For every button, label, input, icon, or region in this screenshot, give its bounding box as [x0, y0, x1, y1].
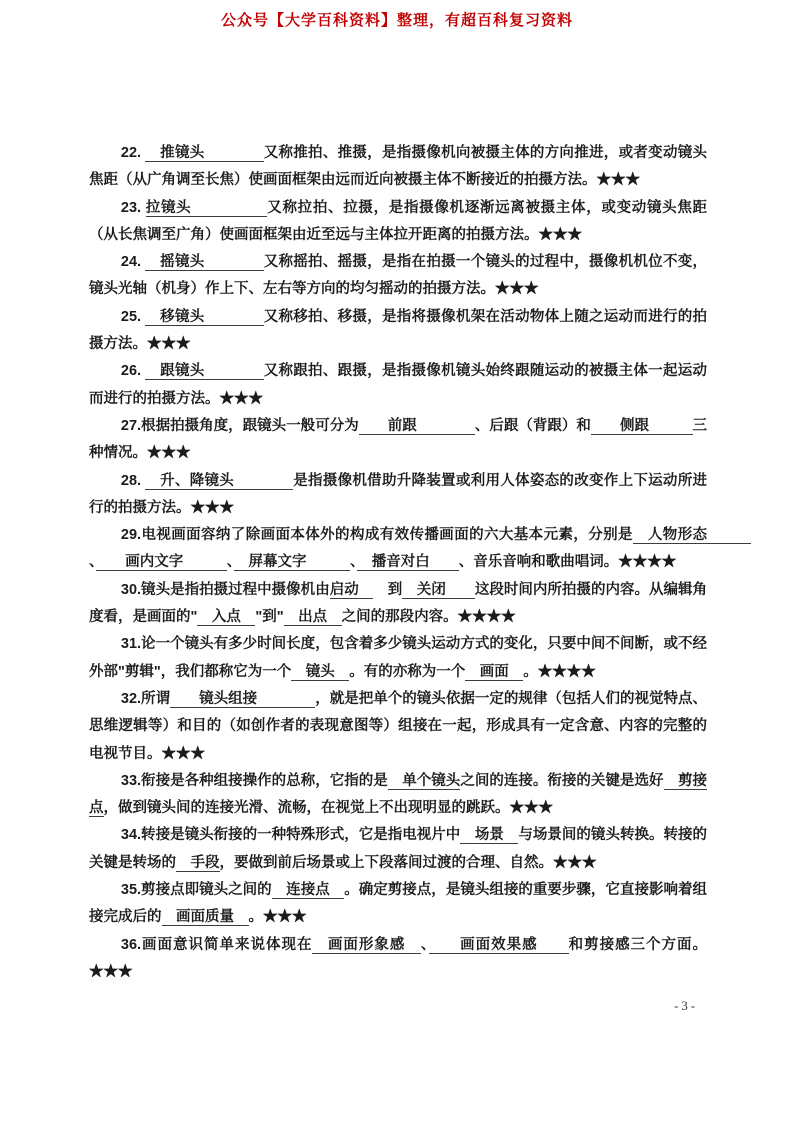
answer-blank: 升、降镜头 [145, 473, 293, 490]
answer-blank: 人物形态 [633, 527, 751, 544]
question-text: "到" [255, 609, 283, 625]
answer-blank: 前跟 [359, 418, 475, 435]
question-text: 之间的那段内容。★★★★ [342, 609, 516, 625]
answer-blank: 播音对白 [357, 554, 459, 571]
question-item: 31.论一个镜头有多少时间长度，包含着多少镜头运动方式的变化，只要中间不间断，或… [89, 631, 707, 686]
question-item: 26. 跟镜头 又称跟拍、跟摄，是指摄像机镜头始终跟随运动的被摄主体一起运动而进… [89, 358, 707, 413]
question-item: 34.转接是镜头衔接的一种特殊形式，它是指电视片中 场景 与场景间的镜头转换。转… [89, 822, 707, 877]
question-item: 25. 移镜头 又称移拍、移摄，是指将摄像机架在活动物体上随之运动而进行的拍摄方… [89, 304, 707, 359]
answer-blank: 镜头 [291, 664, 349, 681]
answer-blank: 场景 [460, 827, 518, 844]
answer-blank: 连接点 [272, 882, 345, 899]
answer-blank: 画面 [465, 664, 523, 681]
questions-list: 22. 推镜头 又称推拍、推摄，是指摄像机向被摄主体的方向推进，或者变动镜头焦距… [89, 140, 707, 986]
answer-blank: 出点 [284, 609, 342, 626]
question-item: 36.画面意识简单来说体现在 画面形象感 、 画面效果感 和剪接感三个方面。★★… [89, 932, 707, 987]
question-text: 、 [227, 554, 234, 570]
answer-blank: 画面效果感 [429, 937, 568, 954]
answer-blank: 画面质量 [162, 909, 249, 926]
question-text: 24. [121, 254, 145, 270]
question-text: 34.转接是镜头衔接的一种特殊形式，它是指电视片中 [121, 827, 460, 843]
question-text: 。有的亦称为一个 [349, 664, 465, 680]
answer-blank: 屏幕文字 [234, 554, 350, 571]
answer-blank: 入点 [197, 609, 255, 626]
page-header-title: 公众号【大学百科资料】整理，有超百科复习资料 [0, 9, 794, 30]
question-item: 33.衔接是各种组接操作的总称，它指的是 单个镜头之间的连接。衔接的关键是选好 … [89, 768, 707, 823]
question-item: 32.所谓 镜头组接 ，就是把单个的镜头依据一定的规律（包括人们的视觉特点、思维… [89, 686, 707, 768]
question-item: 29.电视画面容纳了除画面本体外的构成有效传播画面的六大基本元素，分别是 人物形… [89, 522, 707, 577]
answer-blank: 画内文字 [96, 554, 227, 571]
question-text: 之间的连接。衔接的关键是选好 [460, 773, 663, 789]
question-item: 35.剪接点即镜头之间的 连接点 。确定剪接点，是镜头组接的重要步骤，它直接影响… [89, 877, 707, 932]
question-text: 、 [421, 937, 429, 953]
answer-blank: 单个镜头 [388, 773, 461, 790]
question-text: 、后跟（背跟）和 [475, 418, 591, 434]
question-item: 27.根据拍摄角度，跟镜头一般可分为 前跟 、后跟（背跟）和 侧跟 三种情况。★… [89, 413, 707, 468]
answer-blank: 手段 [176, 855, 220, 872]
answer-blank: 拉镜头 [146, 200, 268, 217]
answer-blank: 推镜头 [145, 145, 263, 162]
question-text: ，做到镜头间的连接光滑、流畅，在视觉上不出现明显的跳跃。★★★ [104, 800, 554, 816]
question-text: 。★★★ [249, 909, 307, 925]
document-page: 公众号【大学百科资料】整理，有超百科复习资料 22. 推镜头 又称推拍、推摄，是… [0, 0, 794, 1122]
question-text: 35.剪接点即镜头之间的 [121, 882, 272, 898]
question-text: 到 [373, 582, 402, 598]
question-text: 23. [121, 200, 146, 216]
question-item: 23. 拉镜头 又称拉拍、拉摄，是指摄像机逐渐远离被摄主体，或变动镜头焦距（从长… [89, 195, 707, 250]
question-text: 32.所谓 [121, 691, 170, 707]
question-text: 28. [121, 473, 145, 489]
answer-blank: 移镜头 [145, 309, 263, 326]
answer-blank: 镜头组接 [170, 691, 315, 708]
question-text: ，要做到前后场景或上下段落间过渡的合理、自然。★★★ [220, 855, 597, 871]
page-number: - 3 - [674, 999, 695, 1014]
answer-blank: 画面形象感 [312, 937, 420, 954]
question-item: 24. 摇镜头 又称摇拍、摇摄，是指在拍摄一个镜头的过程中，摄像机机位不变，镜头… [89, 249, 707, 304]
answer-blank: 启动 [330, 582, 374, 599]
answer-blank: 关闭 [402, 582, 475, 599]
question-text: 26. [121, 363, 145, 379]
question-text: 33.衔接是各种组接操作的总称，它指的是 [121, 773, 388, 789]
question-text: 22. [121, 145, 145, 161]
question-item: 28. 升、降镜头 是指摄像机借助升降装置或利用人体姿态的改变作上下运动所进行的… [89, 468, 707, 523]
question-text: 30.镜头是指拍摄过程中摄像机由 [121, 582, 330, 598]
question-text: 27.根据拍摄角度，跟镜头一般可分为 [121, 418, 359, 434]
question-text: 25. [121, 309, 145, 325]
question-item: 30.镜头是指拍摄过程中摄像机由启动 到 关闭 这段时间内所拍摄的内容。从编辑角… [89, 577, 707, 632]
question-text: 。★★★★ [523, 664, 596, 680]
answer-blank: 侧跟 [591, 418, 693, 435]
question-item: 22. 推镜头 又称推拍、推摄，是指摄像机向被摄主体的方向推进，或者变动镜头焦距… [89, 140, 707, 195]
question-text: 29.电视画面容纳了除画面本体外的构成有效传播画面的六大基本元素，分别是 [121, 527, 633, 543]
question-text: 36.画面意识简单来说体现在 [121, 937, 313, 953]
question-text: 、音乐音响和歌曲唱词。★★★★ [459, 554, 677, 570]
answer-blank: 跟镜头 [145, 363, 263, 380]
answer-blank: 摇镜头 [145, 254, 263, 271]
